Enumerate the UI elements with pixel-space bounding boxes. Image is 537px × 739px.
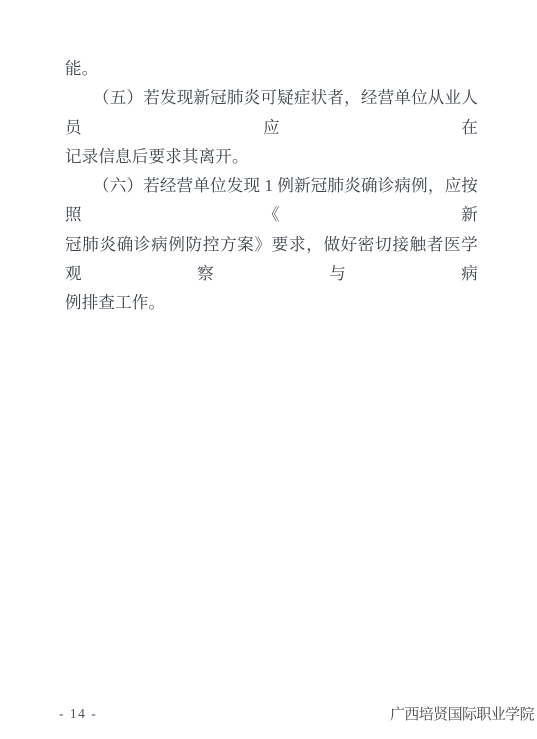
body-text-block: 能。 （五）若发现新冠肺炎可疑症状者，经营单位从业人员应在 记录信息后要求其离开… bbox=[65, 54, 478, 318]
paragraph-line: （六）若经营单位发现 1 例新冠肺炎确诊病例，应按照《新 bbox=[65, 171, 478, 230]
paragraph-line: 记录信息后要求其离开。 bbox=[65, 142, 478, 171]
paragraph-tail-line: 能。 bbox=[65, 54, 478, 83]
paragraph-line: 例排查工作。 bbox=[65, 288, 478, 317]
footer: - 14 - 广西培贤国际职业学院 bbox=[0, 700, 537, 730]
page-number: - 14 - bbox=[59, 706, 97, 722]
institution-name: 广西培贤国际职业学院 bbox=[390, 703, 534, 724]
paragraph-line: 冠肺炎确诊病例防控方案》要求，做好密切接触者医学观察与病 bbox=[65, 230, 478, 289]
document-page: 能。 （五）若发现新冠肺炎可疑症状者，经营单位从业人员应在 记录信息后要求其离开… bbox=[0, 0, 537, 739]
paragraph-line: （五）若发现新冠肺炎可疑症状者，经营单位从业人员应在 bbox=[65, 83, 478, 142]
